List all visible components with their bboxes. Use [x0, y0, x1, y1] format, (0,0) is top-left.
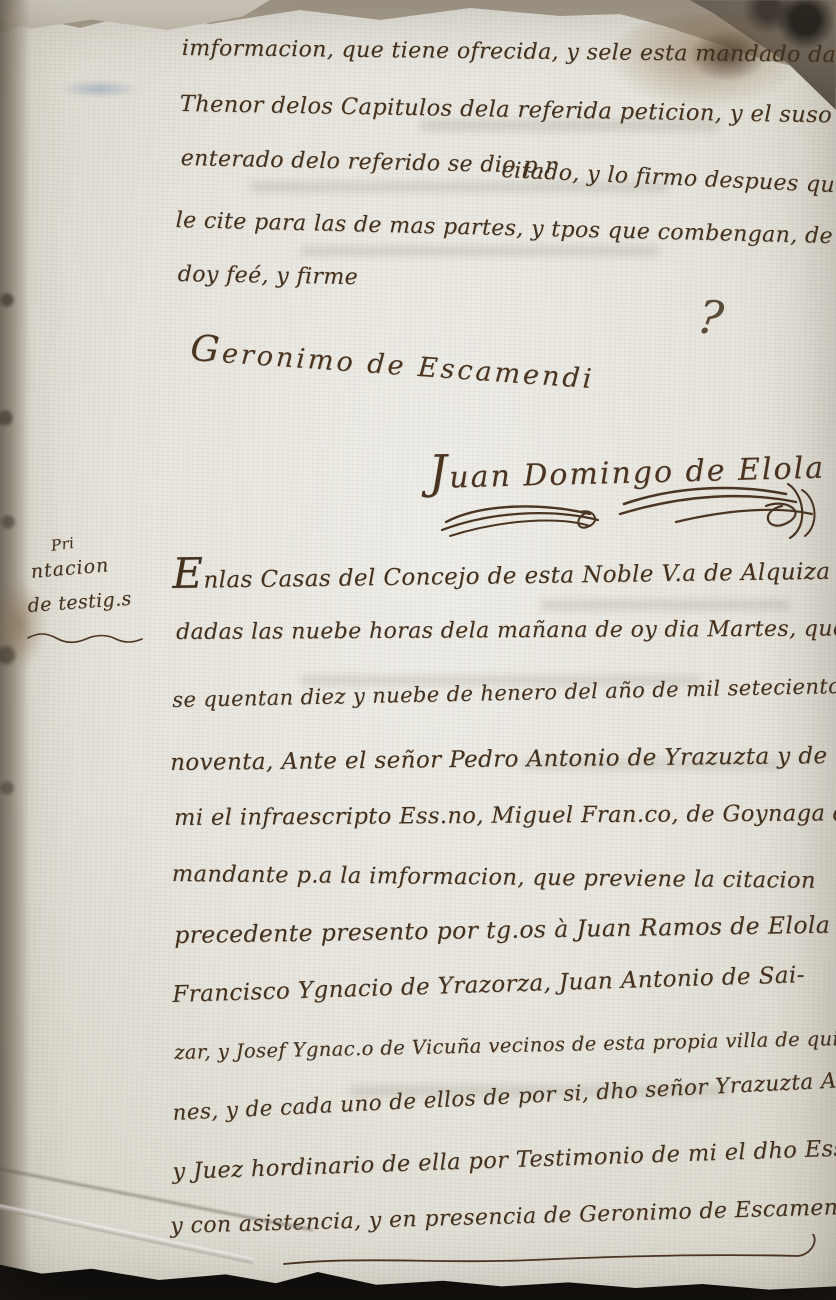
manuscript-line: dadas las nuebe horas dela mañana de oy …: [176, 616, 836, 645]
manuscript-line: doy feé, y firme: [178, 262, 359, 290]
ink-bleedthrough: [540, 600, 790, 610]
closing-pen-stroke: [282, 1234, 834, 1282]
manuscript-line: mi el infraescripto Ess.no, Miguel Fran.…: [174, 801, 836, 832]
ink-bleedthrough: [300, 246, 660, 256]
faint-blue-mark: [60, 80, 138, 98]
margin-note-line: Pri: [50, 535, 75, 555]
signature-rubric-flourish: [440, 492, 610, 544]
margin-note-underline: [24, 628, 154, 646]
manuscript-photo: imformacion, que tiene ofrecida, y sele …: [0, 0, 836, 1300]
manuscript-line: Enlas Casas del Concejo de esta Noble V.…: [172, 541, 831, 598]
